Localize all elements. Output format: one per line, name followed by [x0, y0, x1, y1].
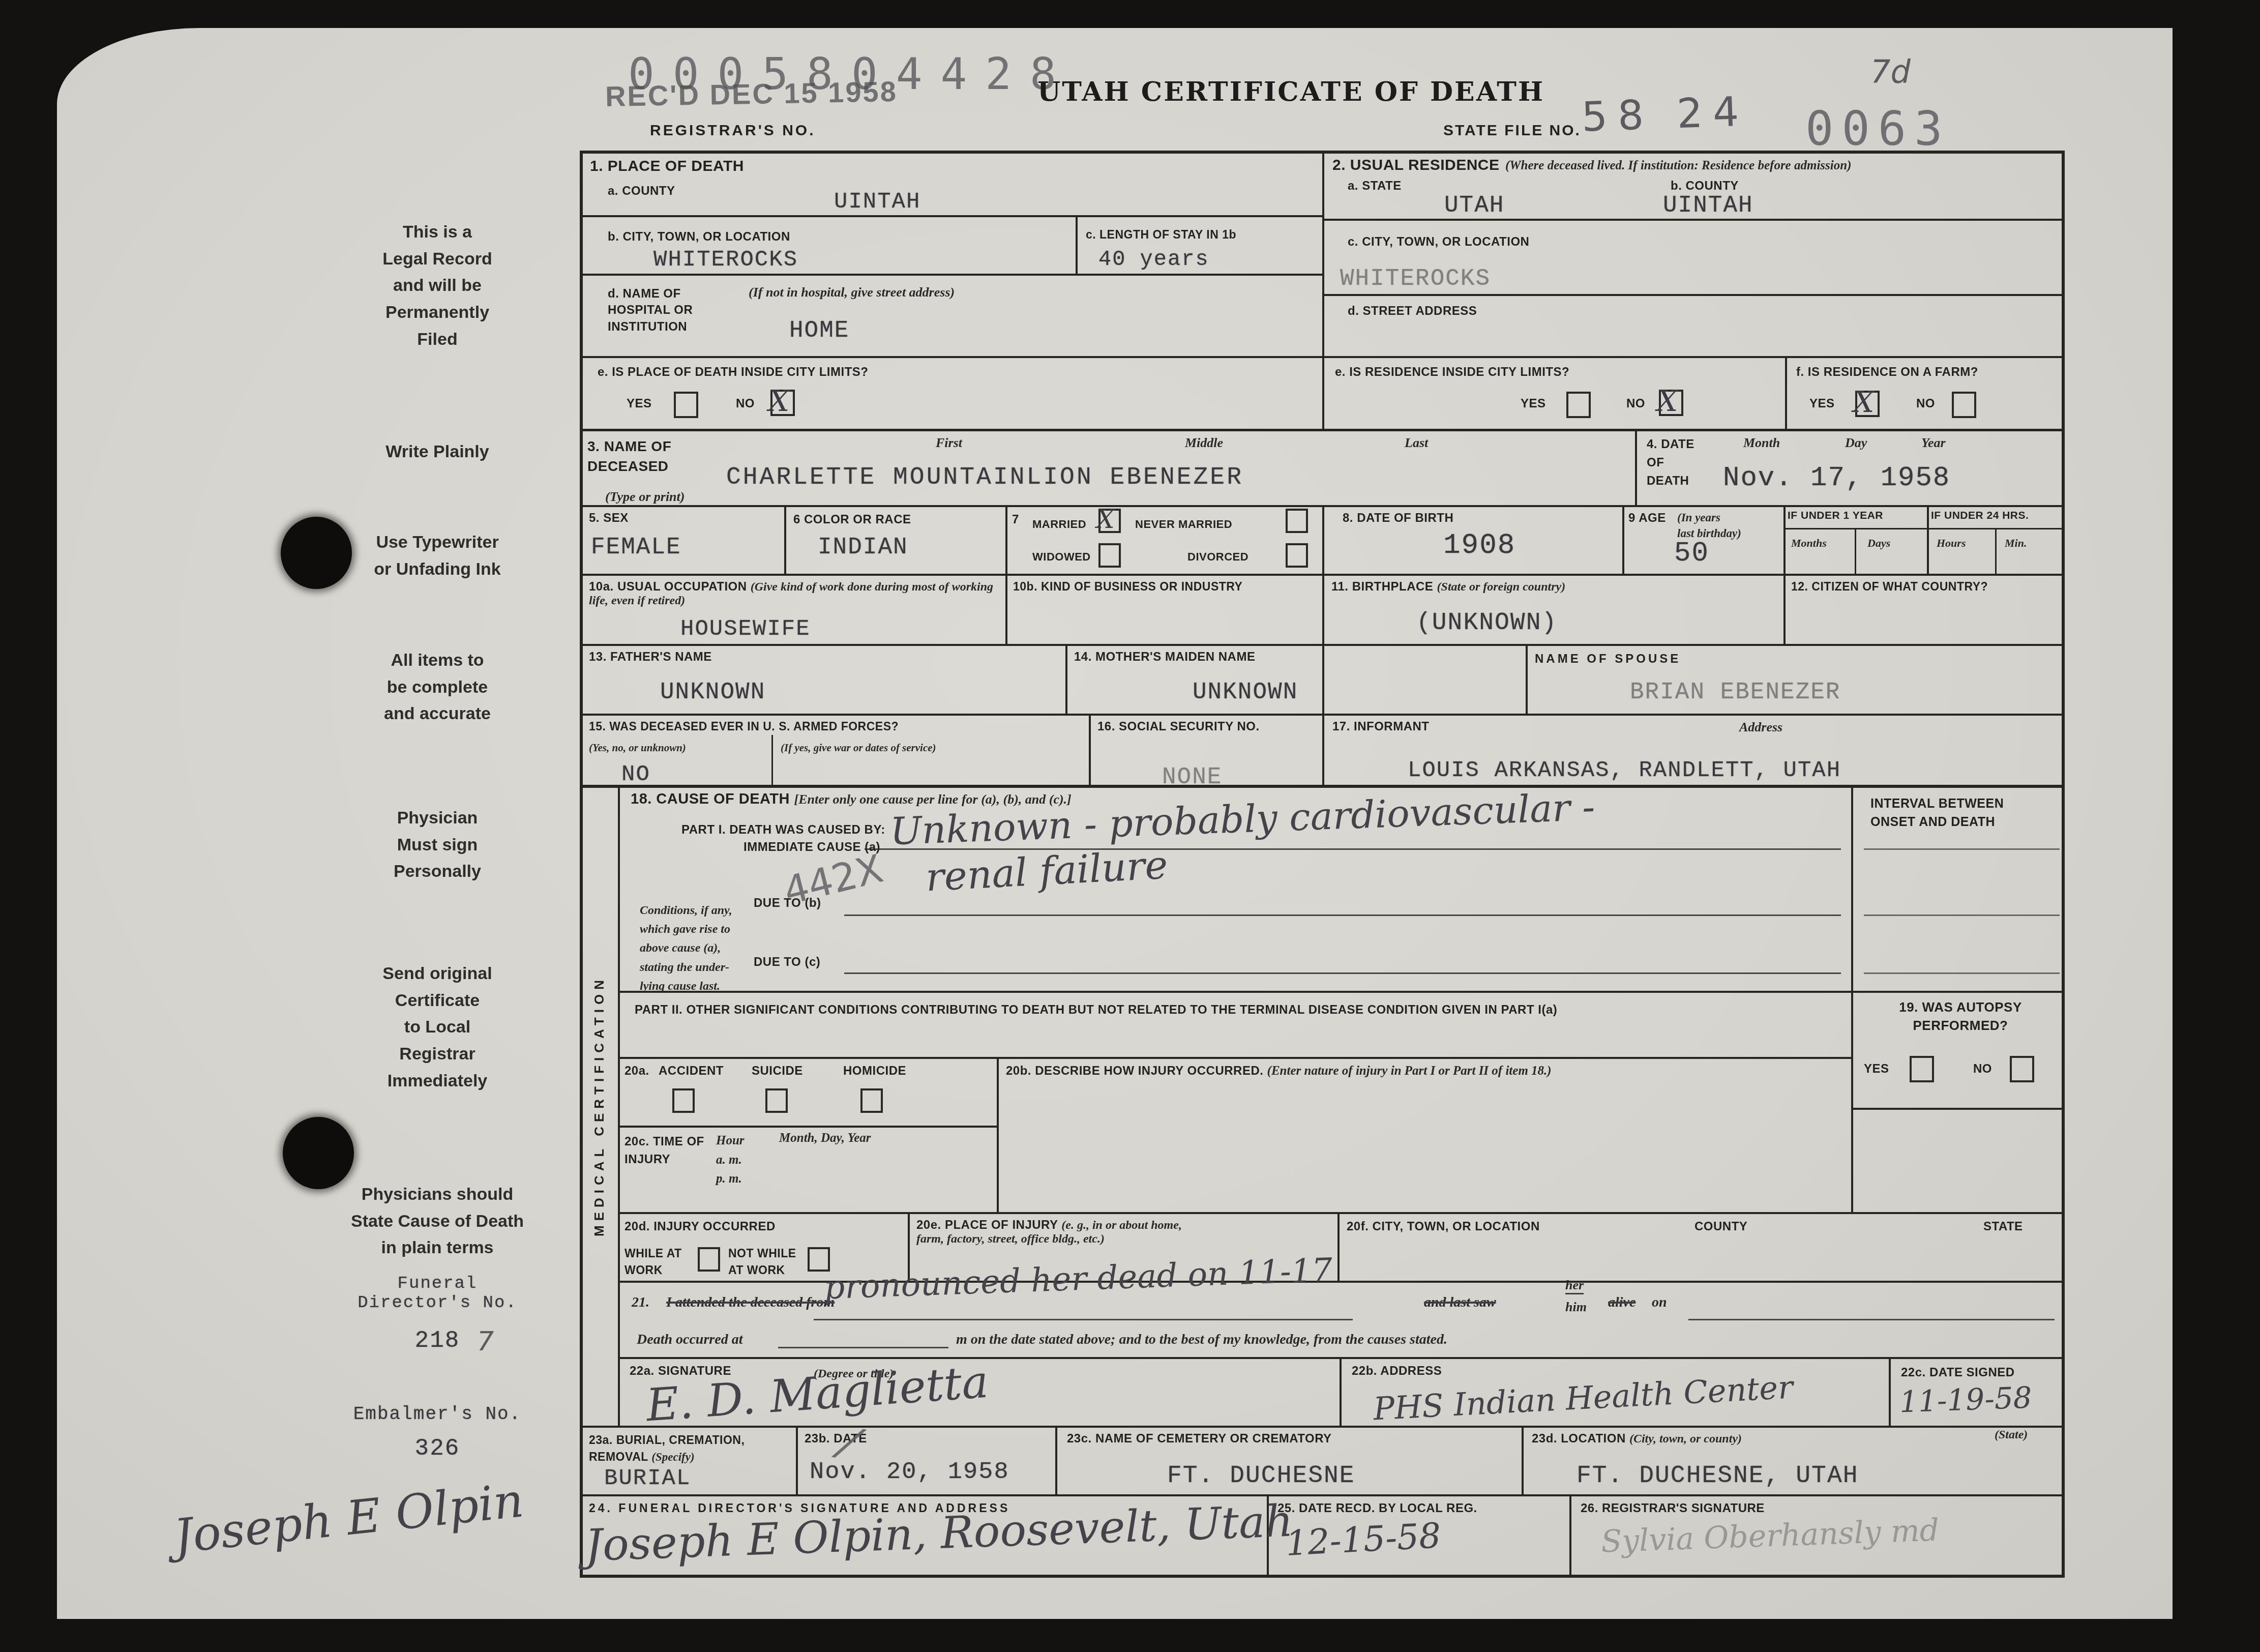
time-of-injury-label: 20c. TIME OF INJURY	[625, 1133, 704, 1169]
occupation-value: HOUSEWIFE	[680, 616, 811, 642]
age-note: (In years last birthday)	[1677, 510, 1741, 541]
widowed-label: WIDOWED	[1032, 550, 1091, 564]
accident-checkbox	[672, 1088, 695, 1113]
if-under-24-hrs-label: IF UNDER 24 HRS.	[1931, 510, 2029, 522]
while-at-work-label: WHILE AT WORK	[625, 1245, 682, 1279]
state-file-no-handwritten: 58 24	[1581, 87, 1749, 140]
registrar-sig-label: 26. REGISTRAR'S SIGNATURE	[1581, 1501, 1765, 1516]
line	[1569, 1494, 1571, 1577]
conditions-note: Conditions, if any, which gave rise to a…	[640, 901, 732, 996]
place-of-injury-bold: 20e. PLACE OF INJURY	[916, 1218, 1061, 1232]
homicide-checkbox	[860, 1088, 883, 1113]
spouse-label: NAME OF SPOUSE	[1535, 652, 1681, 666]
line	[1337, 1212, 1340, 1283]
margin-note-plain-terms: Physicians should State Cause of Death i…	[275, 1181, 600, 1261]
residence-city-limits-label: e. IS RESIDENCE INSIDE CITY LIMITS?	[1335, 365, 1569, 379]
interval-label: INTERVAL BETWEEN ONSET AND DEATH	[1870, 794, 2004, 832]
certificate-title: UTAH CERTIFICATE OF DEATH	[1037, 76, 1544, 107]
cause-c-line	[844, 972, 1841, 974]
first-header: First	[936, 435, 962, 451]
autopsy-label: 19. WAS AUTOPSY PERFORMED?	[1861, 998, 2060, 1035]
address-label: 22b. ADDRESS	[1352, 1364, 1442, 1378]
date-of-death-label: 4. DATE OF DEATH	[1647, 435, 1694, 490]
injury-state-label: STATE	[1983, 1220, 2023, 1234]
county-value: UINTAH	[834, 189, 920, 215]
death-limits-yes-checkbox	[674, 392, 698, 418]
line	[1783, 574, 1786, 646]
burial-date-value: Nov. 20, 1958	[810, 1459, 1009, 1486]
divorced-checkbox	[1286, 543, 1308, 568]
city-town-label: b. CITY, TOWN, OR LOCATION	[608, 230, 790, 244]
birthplace-note: (State or foreign country)	[1437, 580, 1566, 594]
birthplace-label: 11. BIRTHPLACE (State or foreign country…	[1331, 580, 1565, 594]
informant-value: LOUIS ARKANSAS, RANDLETT, UTAH	[1408, 758, 1841, 783]
form-border-bottom	[580, 1575, 2064, 1578]
state-file-no-label: STATE FILE NO.	[1443, 122, 1581, 139]
line	[1322, 219, 2064, 221]
state-file-no-stamped: 0063	[1805, 102, 1951, 156]
armed-forces-note2: (If yes, give war or dates of service)	[781, 742, 936, 754]
line	[1851, 1108, 2064, 1110]
burial-label: 23a. BURIAL, CREMATION, REMOVAL (Specify…	[589, 1432, 792, 1466]
days-header: Days	[1867, 537, 1890, 550]
burial-date-label: 23b. DATE	[805, 1432, 867, 1446]
armed-forces-value: NO	[621, 762, 650, 787]
pencil-notation: 7d	[1870, 53, 1911, 90]
while-at-work-checkbox	[698, 1247, 720, 1272]
death-occurred-rest-label: m on the date stated above; and to the b…	[956, 1332, 1447, 1348]
line	[1622, 505, 1624, 576]
x-mark: X	[1853, 385, 1874, 419]
residence-city-value: WHITEROCKS	[1340, 265, 1491, 292]
date-of-death-value: Nov. 17, 1958	[1723, 463, 1950, 494]
yes-label: YES	[1521, 397, 1546, 411]
burial-note: (Specify)	[651, 1451, 694, 1463]
punch-hole-bottom	[283, 1117, 354, 1189]
autopsy-yes-checkbox	[1910, 1056, 1934, 1082]
line	[618, 1126, 997, 1128]
age-value: 50	[1674, 538, 1709, 569]
age-label: 9 AGE	[1628, 511, 1666, 525]
accident-row-number: 20a.	[625, 1064, 649, 1078]
line	[1855, 528, 1856, 576]
line	[1635, 429, 1637, 507]
place-of-injury-label: 20e. PLACE OF INJURY (e. g., in or about…	[916, 1218, 1328, 1246]
death-occurred-at-label: Death occurred at	[637, 1332, 742, 1348]
county-label: a. COUNTY	[608, 184, 675, 198]
location-label: 23d. LOCATION (City, town, or county)	[1532, 1432, 1742, 1446]
line	[580, 356, 2064, 358]
never-married-checkbox	[1286, 509, 1308, 533]
death-city-limits-label: e. IS PLACE OF DEATH INSIDE CITY LIMITS?	[598, 365, 868, 379]
death-occurred-line	[778, 1347, 948, 1348]
yes-label: YES	[1809, 397, 1835, 411]
sex-value: FEMALE	[591, 534, 681, 560]
date-of-birth-value: 1908	[1443, 529, 1515, 562]
date-recd-label: 25. DATE RECD. BY LOCAL REG.	[1277, 1501, 1477, 1516]
alive-on-line	[1688, 1319, 2055, 1320]
widowed-checkbox	[1098, 543, 1121, 568]
interval-line	[1864, 972, 2060, 974]
spouse-value: BRIAN EBENEZER	[1630, 679, 1840, 705]
birthplace-value: (UNKNOWN)	[1416, 609, 1557, 637]
line	[1783, 505, 1786, 576]
describe-injury-bold: 20b. DESCRIBE HOW INJURY OCCURRED.	[1006, 1064, 1267, 1078]
margin-note-write-plainly: Write Plainly	[295, 438, 580, 465]
him-word: him	[1565, 1300, 1587, 1315]
line	[580, 785, 2064, 788]
margin-note-complete: All items to be complete and accurate	[295, 647, 580, 727]
line	[580, 274, 1322, 276]
line	[1322, 294, 2064, 296]
line	[1005, 505, 1007, 576]
fathers-name-value: UNKNOWN	[660, 679, 765, 705]
registrars-no-label: REGISTRAR'S NO.	[650, 122, 816, 139]
funeral-directors-no-label: Funeral Director's No.	[295, 1274, 580, 1313]
line	[580, 505, 2064, 507]
line	[1785, 356, 1787, 431]
date-recd-handwriting: 12-15-58	[1285, 1516, 1442, 1564]
marital-number: 7	[1012, 513, 1019, 527]
date-signed-label: 22c. DATE SIGNED	[1901, 1366, 2015, 1380]
cause-of-death-label: 18. CAUSE OF DEATH [Enter only one cause…	[631, 791, 1072, 808]
place-of-death-label: 1. PLACE OF DEATH	[590, 158, 744, 175]
no-label: NO	[1916, 397, 1935, 411]
usual-residence-label: 2. USUAL RESIDENCE	[1332, 157, 1500, 174]
business-industry-label: 10b. KIND OF BUSINESS OR INDUSTRY	[1013, 580, 1242, 594]
her-word: her	[1565, 1278, 1584, 1294]
farm-no-checkbox	[1952, 392, 1976, 418]
line	[618, 1212, 2064, 1214]
ssn-value: NONE	[1162, 764, 1222, 790]
funeral-directors-no-value: 218	[295, 1327, 580, 1354]
line	[1522, 1426, 1524, 1496]
hour-ampm-label: Hour a. m. p. m.	[716, 1131, 745, 1189]
line	[771, 735, 773, 786]
month-header: Month	[1743, 435, 1780, 451]
accident-label: ACCIDENT	[659, 1064, 724, 1078]
interval-line	[1864, 914, 2060, 916]
injury-city-label: 20f. CITY, TOWN, OR LOCATION	[1347, 1220, 1540, 1234]
residence-farm-label: f. IS RESIDENCE ON A FARM?	[1796, 365, 1978, 379]
residence-state-label: a. STATE	[1348, 179, 1402, 193]
not-while-at-work-label: NOT WHILE AT WORK	[728, 1245, 796, 1279]
color-race-value: INDIAN	[818, 534, 908, 560]
line	[784, 505, 786, 576]
margin-note-send-original: Send original Certificate to Local Regis…	[295, 960, 580, 1094]
city-town-value: WHITEROCKS	[653, 247, 798, 273]
due-to-b-label: DUE TO (b)	[754, 896, 821, 910]
describe-injury-label: 20b. DESCRIBE HOW INJURY OCCURRED. (Ente…	[1006, 1064, 1552, 1078]
location-label-bold: 23d. LOCATION	[1532, 1432, 1629, 1445]
line	[1322, 151, 1324, 431]
informant-label: 17. INFORMANT	[1332, 720, 1430, 734]
date-signed-handwriting: 11-19-58	[1899, 1380, 2033, 1419]
birthplace-label-bold: 11. BIRTHPLACE	[1331, 580, 1437, 594]
street-address-label: d. STREET ADDRESS	[1348, 304, 1477, 318]
hospital-label: d. NAME OF HOSPITAL OR INSTITUTION	[608, 286, 693, 335]
yes-label: YES	[627, 397, 652, 411]
residence-county-value: UINTAH	[1663, 192, 1753, 219]
death-certificate-scan: 0005804428 REC'D DEC 15 1958 7d REGISTRA…	[0, 0, 2260, 1652]
farm-yes-checkbox: X	[1855, 391, 1880, 417]
line	[1340, 1357, 1342, 1428]
sex-label: 5. SEX	[589, 511, 629, 525]
no-label: NO	[736, 397, 755, 411]
hospital-note: (If not in hospital, give street address…	[749, 285, 955, 300]
residence-city-label: c. CITY, TOWN, OR LOCATION	[1348, 235, 1529, 249]
location-state-note: (State)	[1995, 1428, 2028, 1442]
occupation-label: 10a. USUAL OCCUPATION (Give kind of work…	[589, 580, 996, 608]
line	[1889, 1357, 1891, 1428]
attended-strike-text: I attended the deceased from	[666, 1294, 835, 1311]
margin-note-typewriter: Use Typewriter or Unfading Ink	[295, 529, 580, 582]
line	[1851, 785, 1853, 1214]
part1-label: PART I. DEATH WAS CAUSED BY:	[681, 823, 885, 837]
line	[580, 429, 2064, 431]
months-header: Months	[1791, 537, 1827, 550]
line	[1526, 644, 1528, 716]
homicide-label: HOMICIDE	[843, 1064, 906, 1078]
never-married-label: NEVER MARRIED	[1135, 518, 1232, 531]
on-word: on	[1652, 1294, 1667, 1311]
fathers-name-label: 13. FATHER'S NAME	[589, 650, 712, 664]
citizen-label: 12. CITIZEN OF WHAT COUNTRY?	[1791, 580, 1988, 594]
line	[580, 714, 2064, 716]
burial-value: BURIAL	[604, 1466, 691, 1491]
line	[1089, 714, 1091, 787]
location-note: (City, town, or county)	[1629, 1432, 1742, 1445]
alive-strike-text: alive	[1608, 1294, 1635, 1311]
color-race-label: 6 COLOR OR RACE	[793, 513, 911, 527]
death-limits-no-checkbox: X	[770, 390, 795, 416]
day-header: Day	[1845, 435, 1867, 451]
hours-header: Hours	[1937, 537, 1966, 550]
attended-line	[814, 1319, 1353, 1320]
describe-injury-note: (Enter nature of injury in Part I or Par…	[1267, 1064, 1552, 1078]
last-saw-strike-text: and last saw	[1424, 1294, 1496, 1311]
informant-address-header: Address	[1739, 720, 1782, 735]
armed-forces-label: 15. WAS DECEASED EVER IN U. S. ARMED FOR…	[589, 720, 899, 733]
line	[1076, 215, 1078, 276]
residence-limits-no-checkbox: X	[1659, 390, 1683, 416]
occupation-label-bold: 10a. USUAL OCCUPATION	[589, 580, 751, 594]
length-of-stay-value: 40 years	[1098, 247, 1209, 272]
line	[618, 991, 2064, 993]
mothers-maiden-value: UNKNOWN	[1193, 679, 1298, 705]
form-border-right	[2062, 151, 2065, 1578]
injury-county-label: COUNTY	[1694, 1220, 1747, 1234]
line	[1927, 505, 1929, 576]
margin-note-legal-record: This is a Legal Record and will be Perma…	[295, 219, 580, 352]
form-border-top	[580, 151, 2064, 154]
date-of-birth-label: 8. DATE OF BIRTH	[1343, 511, 1453, 525]
part2-label: PART II. OTHER SIGNIFICANT CONDITIONS CO…	[635, 1003, 1840, 1017]
margin-note-physician-sign: Physician Must sign Personally	[295, 805, 580, 885]
x-mark: X	[1096, 505, 1115, 534]
if-under-1-year-label: IF UNDER 1 YEAR	[1788, 510, 1883, 522]
funeral-directors-no-overwrite: 7	[477, 1326, 494, 1357]
x-mark: X	[1657, 383, 1678, 418]
autopsy-no-checkbox	[2010, 1056, 2034, 1082]
line	[796, 1426, 798, 1496]
no-label: NO	[1626, 397, 1645, 411]
line	[580, 215, 1322, 217]
suicide-label: SUICIDE	[752, 1064, 803, 1078]
armed-forces-note1: (Yes, no, or unknown)	[589, 742, 686, 754]
line	[1005, 574, 1007, 646]
deceased-name-value: CHARLETTE MOUNTAINLION EBENEZER	[726, 464, 1243, 491]
line	[1783, 528, 2064, 529]
embalmers-no-label: Embalmer's No.	[295, 1404, 580, 1425]
line	[618, 1057, 1851, 1059]
residence-limits-yes-checkbox	[1566, 392, 1591, 418]
usual-residence-note: (Where deceased lived. If institution: R…	[1505, 159, 1851, 173]
embalmers-no-value: 326	[295, 1435, 580, 1462]
cause-of-death-bold: 18. CAUSE OF DEATH	[631, 791, 794, 807]
line	[580, 574, 2064, 576]
line	[1995, 528, 1997, 576]
residence-state-value: UTAH	[1444, 192, 1504, 219]
mothers-maiden-label: 14. MOTHER'S MAIDEN NAME	[1074, 650, 1255, 664]
interval-line	[1864, 848, 2060, 850]
married-checkbox: X	[1098, 509, 1121, 533]
item-21-number: 21.	[632, 1294, 649, 1311]
last-header: Last	[1405, 435, 1428, 451]
residence-county-label: b. COUNTY	[1671, 179, 1739, 193]
line	[618, 785, 620, 1428]
married-label: MARRIED	[1032, 518, 1086, 531]
cemetery-label: 23c. NAME OF CEMETERY OR CREMATORY	[1067, 1432, 1332, 1446]
length-of-stay-label: c. LENGTH OF STAY IN 1b	[1086, 228, 1236, 242]
location-value: FT. DUCHESNE, UTAH	[1577, 1462, 1858, 1490]
cause-b-line	[844, 914, 1841, 916]
min-header: Min.	[2005, 537, 2027, 550]
line	[1065, 644, 1067, 716]
line	[580, 1494, 2064, 1496]
line	[1322, 505, 1324, 787]
line	[580, 1426, 2064, 1428]
name-of-deceased-label: 3. NAME OF DECEASED	[587, 436, 671, 476]
medical-certification-label: MEDICAL CERTIFICATION	[581, 785, 618, 1427]
yes-label: YES	[1864, 1062, 1889, 1076]
middle-header: Middle	[1185, 435, 1223, 451]
month-day-year-label: Month, Day, Year	[779, 1131, 871, 1145]
divorced-label: DIVORCED	[1187, 550, 1248, 564]
line	[1055, 1426, 1057, 1496]
suicide-checkbox	[765, 1088, 788, 1113]
year-header: Year	[1921, 435, 1946, 451]
due-to-c-label: DUE TO (c)	[754, 955, 820, 969]
line	[997, 1057, 999, 1214]
received-date-stamp: REC'D DEC 15 1958	[605, 75, 898, 113]
type-or-print-note: (Type or print)	[605, 489, 685, 505]
not-while-at-work-checkbox	[808, 1247, 830, 1272]
hospital-value: HOME	[789, 317, 849, 344]
no-label: NO	[1973, 1062, 1992, 1076]
cemetery-value: FT. DUCHESNE	[1167, 1462, 1355, 1490]
x-mark: X	[768, 383, 789, 418]
injury-occurred-label: 20d. INJURY OCCURRED	[625, 1220, 776, 1234]
line	[580, 644, 2064, 646]
ssn-label: 16. SOCIAL SECURITY NO.	[1097, 720, 1260, 734]
